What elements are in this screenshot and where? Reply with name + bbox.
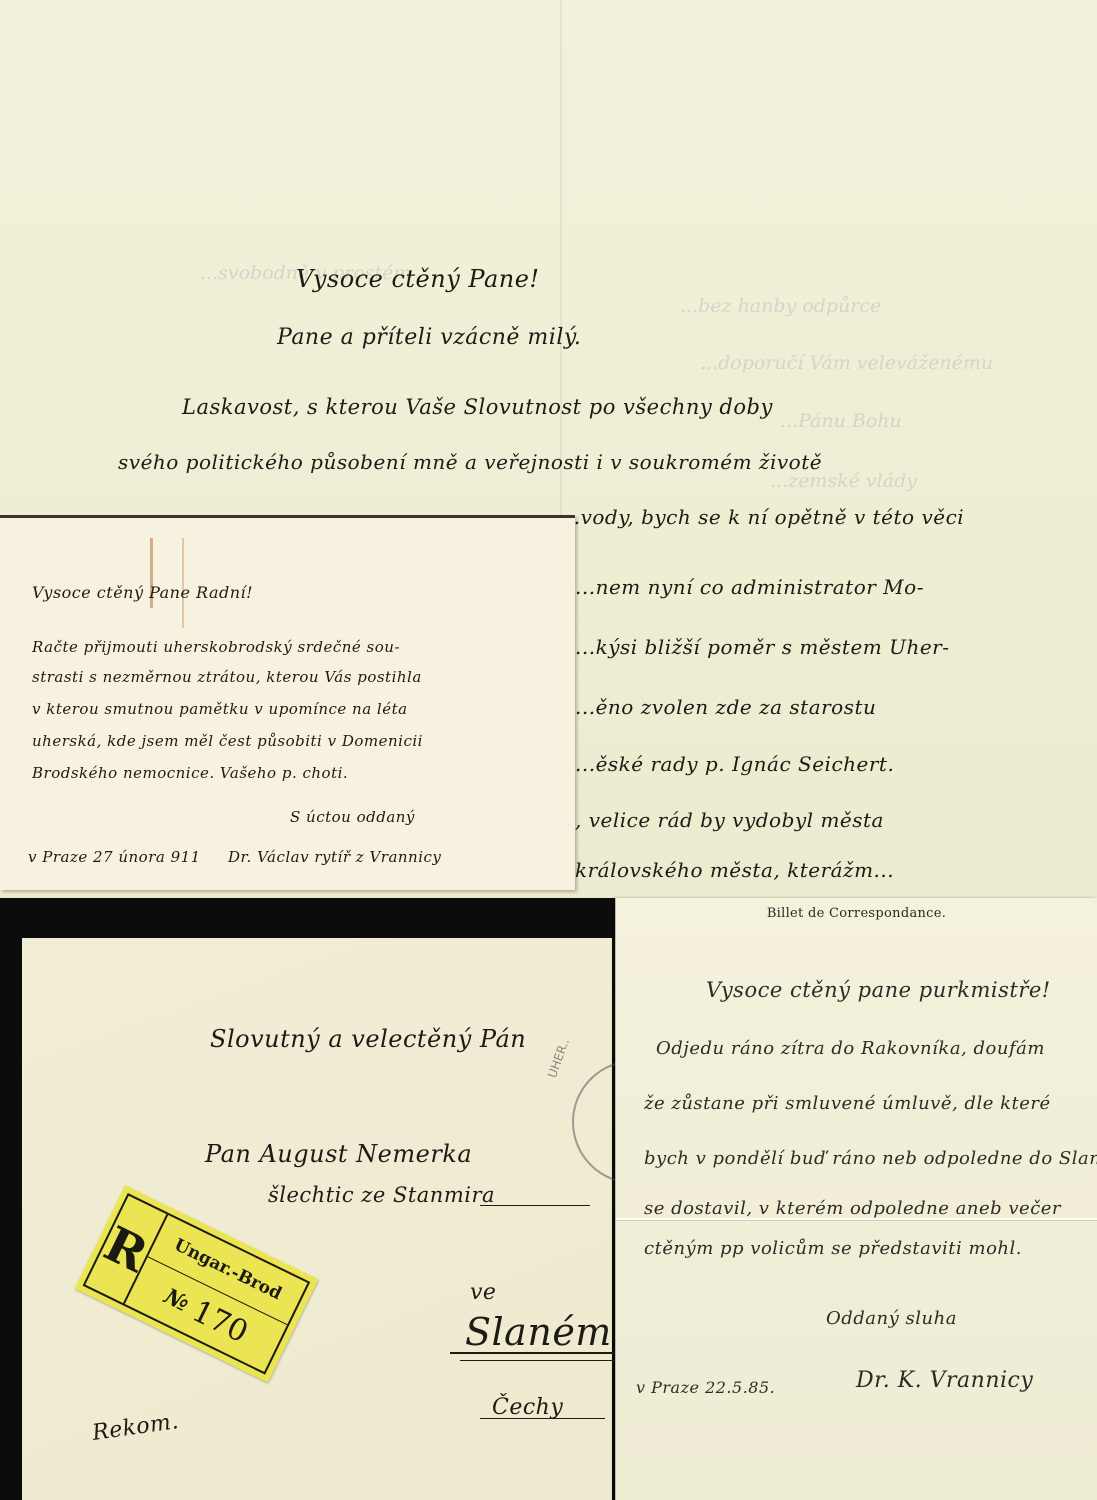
card-line: uherská, kde jsem měl čest působiti v Do… xyxy=(32,732,423,750)
card-signature: Dr. Václav rytíř z Vrannicy xyxy=(228,848,441,866)
billet-line: Odjedu ráno zítra do Rakovníka, doufám xyxy=(656,1038,1045,1059)
card-line: v kterou smutnou pamětku v upomínce na l… xyxy=(32,700,408,718)
card-line: Brodského nemocnice. Vašeho p. choti. xyxy=(32,764,348,782)
billet-signature: Dr. K. Vrannicy xyxy=(856,1368,1033,1393)
letter-line: ...ěno zvolen zde za starostu xyxy=(575,695,876,719)
letter-line: ...kýsi bližší poměr s městem Uher- xyxy=(575,635,950,659)
billet-card: Billet de Correspondance. Vysoce ctěný p… xyxy=(615,898,1097,1500)
bleed-through-text: ...doporučí Vám veleváženému xyxy=(700,352,993,374)
card-place-date: v Praze 27 února 911 xyxy=(28,848,201,866)
letter-line: , velice rád by vydobyl města xyxy=(575,808,884,832)
condolence-card-1911: Vysoce ctěný Pane Radní! Račte přijmouti… xyxy=(0,515,575,890)
card-salutation: Vysoce ctěný Pane Radní! xyxy=(32,583,253,602)
billet-line: bych v pondělí buď ráno neb odpoledne do… xyxy=(644,1148,1097,1169)
underline xyxy=(480,1418,605,1419)
underline xyxy=(480,1205,590,1206)
underline xyxy=(460,1360,615,1361)
envelope-addressee-title: šlechtic ze Stanmira xyxy=(268,1183,495,1207)
envelope-destination: Slaném xyxy=(465,1310,612,1354)
destination-prefix: ve xyxy=(470,1280,496,1305)
letter-line: ...ěské rady p. Ignác Seichert. xyxy=(575,752,894,776)
card-closing: S úctou oddaný xyxy=(290,808,415,826)
bleed-through-text: ...Pánu Bohu xyxy=(780,410,902,432)
billet-place-date: v Praze 22.5.85. xyxy=(636,1378,775,1397)
billet-header: Billet de Correspondance. xyxy=(616,906,1097,921)
card-line: Račte přijmouti uherskobrodský srdečné s… xyxy=(32,638,400,656)
letter-line: ...nem nyní co administrator Mo- xyxy=(575,575,924,599)
billet-closing: Oddaný sluha xyxy=(826,1308,957,1329)
paper-fold-line xyxy=(560,0,562,520)
billet-line: že zůstane při smluvené úmluvě, dle kter… xyxy=(644,1093,1051,1114)
letter-salutation-2: Pane a příteli vzácně milý. xyxy=(277,325,581,350)
underline xyxy=(450,1352,615,1354)
billet-line: se dostavil, v kterém odpoledne aneb več… xyxy=(644,1198,1061,1219)
letter-line: ...vody, bych se k ní opětně v této věci xyxy=(560,505,964,529)
letter-salutation: Vysoce ctěný Pane! xyxy=(296,265,540,293)
envelope-addressee: Pan August Nemerka xyxy=(205,1140,472,1168)
billet-salutation: Vysoce ctěný pane purkmistře! xyxy=(706,978,1051,1002)
billet-line: ctěným pp volicům se představiti mohl. xyxy=(644,1238,1022,1259)
letter-line: královského města, kterážm... xyxy=(575,858,894,882)
letter-line: Laskavost, s kterou Vaše Slovutnost po v… xyxy=(182,395,773,419)
number-sign: № xyxy=(160,1283,193,1317)
card-line: strasti s nezměrnou ztrátou, kterou Vás … xyxy=(32,668,422,686)
letter-line: svého politického působení mně a veřejno… xyxy=(118,450,822,474)
envelope-honorific: Slovutný a velectěný Pán xyxy=(210,1025,526,1053)
envelope-region: Čechy xyxy=(492,1395,563,1420)
bleed-through-text: ...bez hanby odpůrce xyxy=(680,295,881,317)
